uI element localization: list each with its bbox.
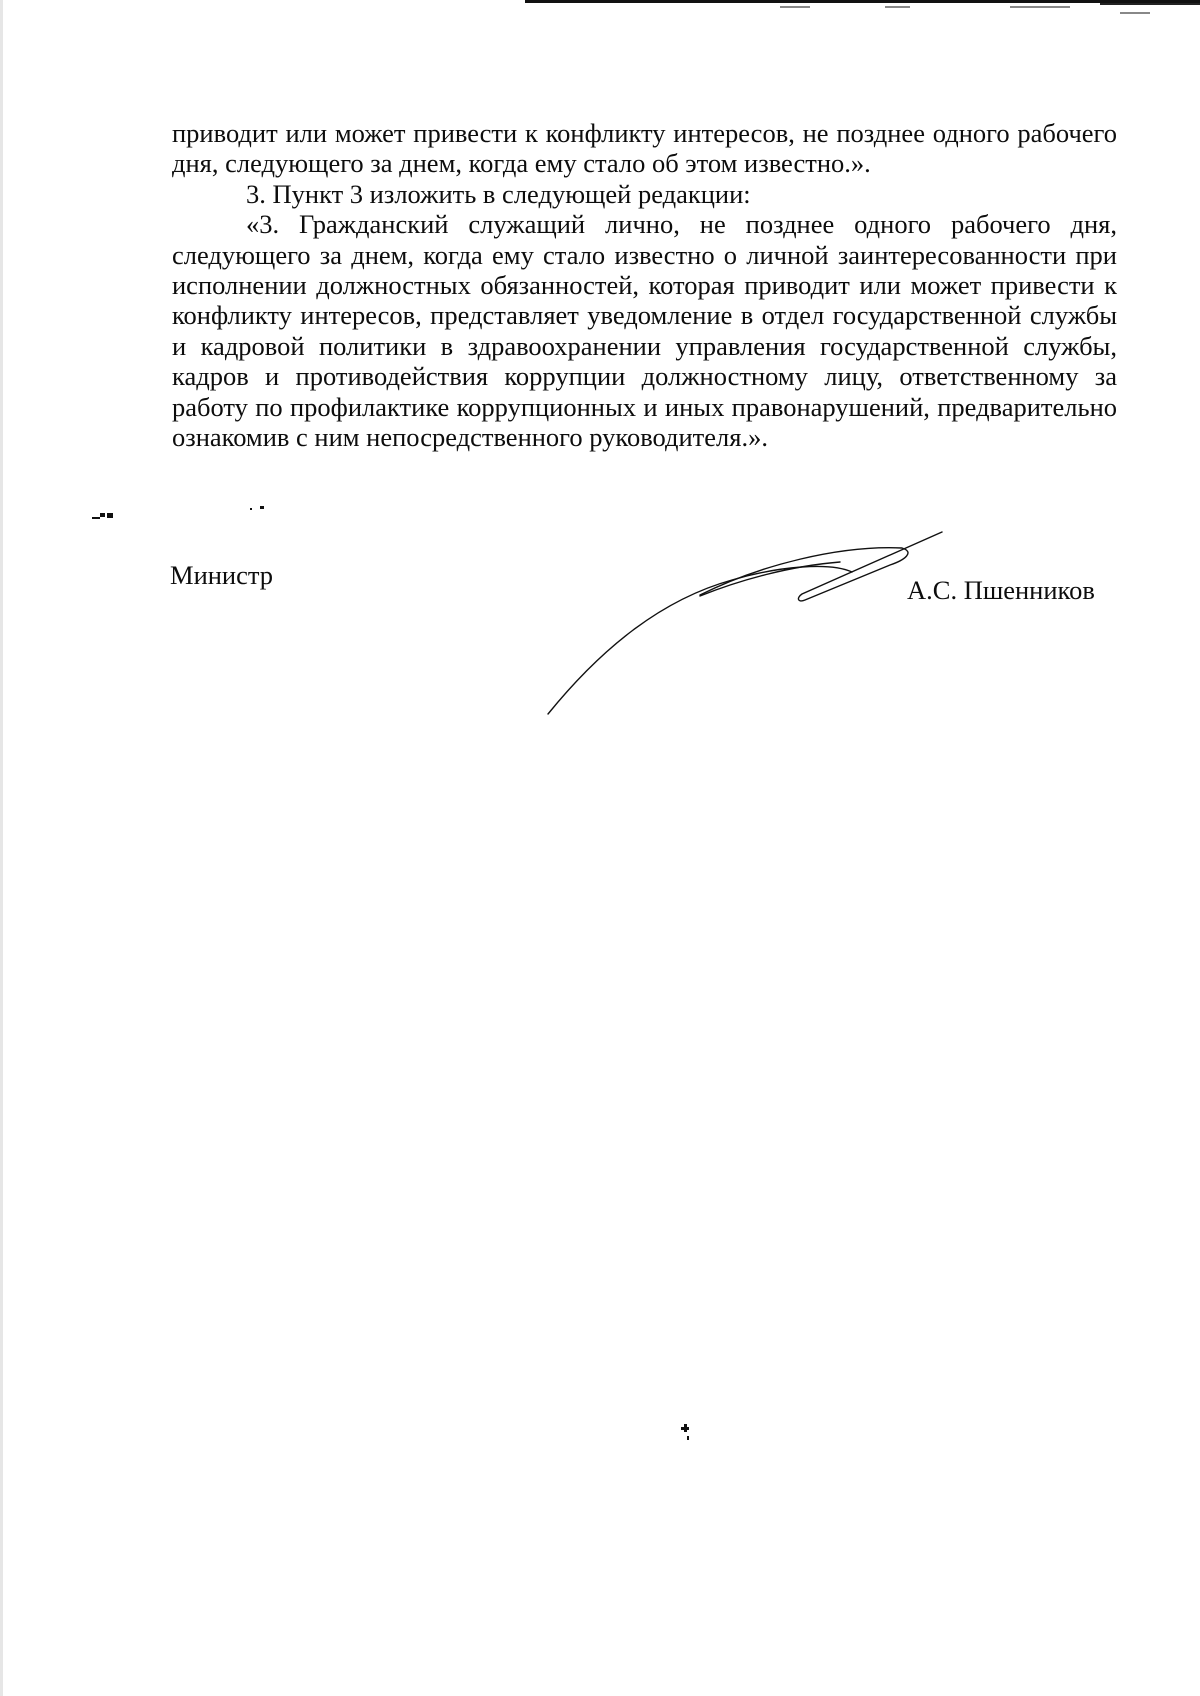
document-body: приводит или может привести к конфликту …: [172, 118, 1117, 452]
signatory-name: А.С. Пшенников: [907, 575, 1095, 606]
scan-edge-artifact: [0, 0, 1200, 10]
scan-margin-shadow: [0, 0, 3, 1696]
signatory-position: Министр: [170, 560, 273, 591]
paragraph-continuation: приводит или может привести к конфликту …: [172, 118, 1117, 179]
paragraph-amendment-text: «3. Гражданский служащий лично, не поздн…: [172, 209, 1117, 452]
paragraph-amendment-intro: 3. Пункт 3 изложить в следующей редакции…: [172, 179, 1117, 209]
